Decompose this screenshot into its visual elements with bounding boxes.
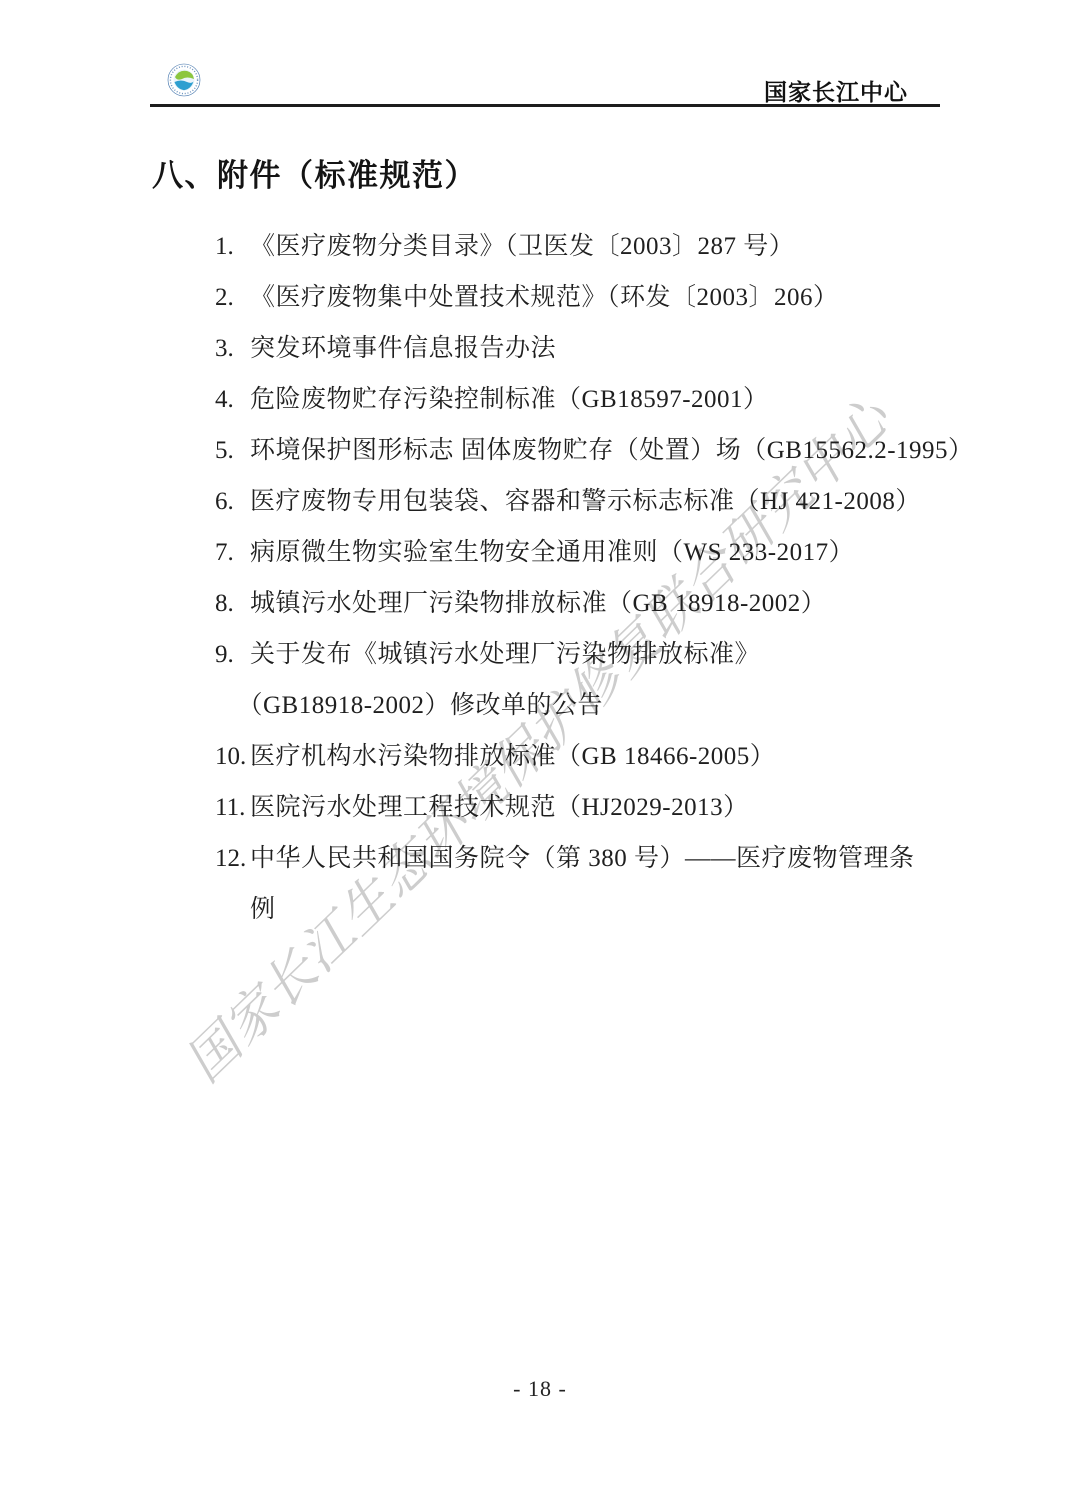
item-text-line: 危险废物贮存污染控制标准（GB18597-2001）	[250, 386, 769, 413]
item-text-line: 中华人民共和国国务院令（第 380 号）——医疗废物管理条	[250, 845, 915, 872]
page-title: 八、附件（标准规范）	[152, 150, 477, 195]
item-text-line: 医院污水处理工程技术规范（HJ2029-2013）	[250, 794, 749, 821]
item-text-line: 突发环境事件信息报告办法	[250, 335, 556, 362]
item-number: 11.	[215, 782, 250, 833]
item-number: 3.	[215, 323, 250, 374]
item-number: 10.	[215, 731, 250, 782]
item-number: 2.	[215, 272, 250, 323]
header-org-name: 国家长江中心	[764, 74, 908, 107]
item-number: 6.	[215, 476, 250, 527]
item-text-line: 15562.2-1995）	[802, 437, 973, 464]
item-text-line: 城镇污水处理厂污染物排放标准（GB 18918-2002）	[250, 590, 826, 617]
list-item: 3. 突发环境事件信息报告办法	[215, 323, 935, 374]
item-number: 12.	[215, 833, 250, 884]
list-item: 11. 医院污水处理工程技术规范（HJ2029-2013）	[215, 782, 935, 833]
item-text-line: 《医疗废物分类目录》（卫医发〔2003〕287 号）	[250, 233, 794, 260]
list-item: 7. 病原微生物实验室生物安全通用准则（WS 233-2017）	[215, 527, 935, 578]
item-text-line: 医疗机构水污染物排放标准（GB 18466-2005）	[250, 743, 775, 770]
list-item: 6. 医疗废物专用包装袋、容器和警示标志标准（HJ 421-2008）	[215, 476, 935, 527]
item-text-line: 关于发布《城镇污水处理厂污染物排放标准》	[250, 641, 760, 668]
item-text-line: 例	[250, 896, 276, 923]
list-item: 1. 《医疗废物分类目录》（卫医发〔2003〕287 号）	[215, 221, 935, 272]
list-item: 10. 医疗机构水污染物排放标准（GB 18466-2005）	[215, 731, 935, 782]
list-item: 4. 危险废物贮存污染控制标准（GB18597-2001）	[215, 374, 935, 425]
list-item: 5. 环境保护图形标志 固体废物贮存（处置）场（GB15562.2-1995）	[215, 425, 935, 476]
page-number: - 18 -	[0, 1376, 1080, 1402]
header-rule	[150, 104, 940, 107]
item-number: 7.	[215, 527, 250, 578]
item-number: 1.	[215, 221, 250, 272]
item-number: 5.	[215, 425, 250, 476]
list-item: 8. 城镇污水处理厂污染物排放标准（GB 18918-2002）	[215, 578, 935, 629]
document-page: 国家长江生态环境保护修复联合研究中心 国家长江中心 八、附件（标准规范） 1. …	[0, 0, 1080, 1511]
item-text-line: （GB18918-2002）修改单的公告	[250, 692, 603, 719]
list-item: 9. 关于发布《城镇污水处理厂污染物排放标准》（GB18918-2002）修改单…	[215, 629, 935, 731]
item-text-line: 环境保护图形标志 固体废物贮存（处置）场（GB	[250, 437, 802, 464]
list-item: 2. 《医疗废物集中处置技术规范》（环发〔2003〕206）	[215, 272, 935, 323]
item-text-line: 《医疗废物集中处置技术规范》（环发〔2003〕206）	[250, 284, 839, 311]
standards-list: 1. 《医疗废物分类目录》（卫医发〔2003〕287 号） 2. 《医疗废物集中…	[215, 221, 935, 935]
item-number: 8.	[215, 578, 250, 629]
yangtze-center-logo-icon	[167, 63, 201, 97]
item-number: 4.	[215, 374, 250, 425]
item-number: 9.	[215, 629, 250, 680]
item-text-line: 医疗废物专用包装袋、容器和警示标志标准（HJ 421-2008）	[250, 488, 921, 515]
item-text-line: 病原微生物实验室生物安全通用准则（WS 233-2017）	[250, 539, 854, 566]
list-item: 12. 中华人民共和国国务院令（第 380 号）——医疗废物管理条例	[215, 833, 935, 935]
